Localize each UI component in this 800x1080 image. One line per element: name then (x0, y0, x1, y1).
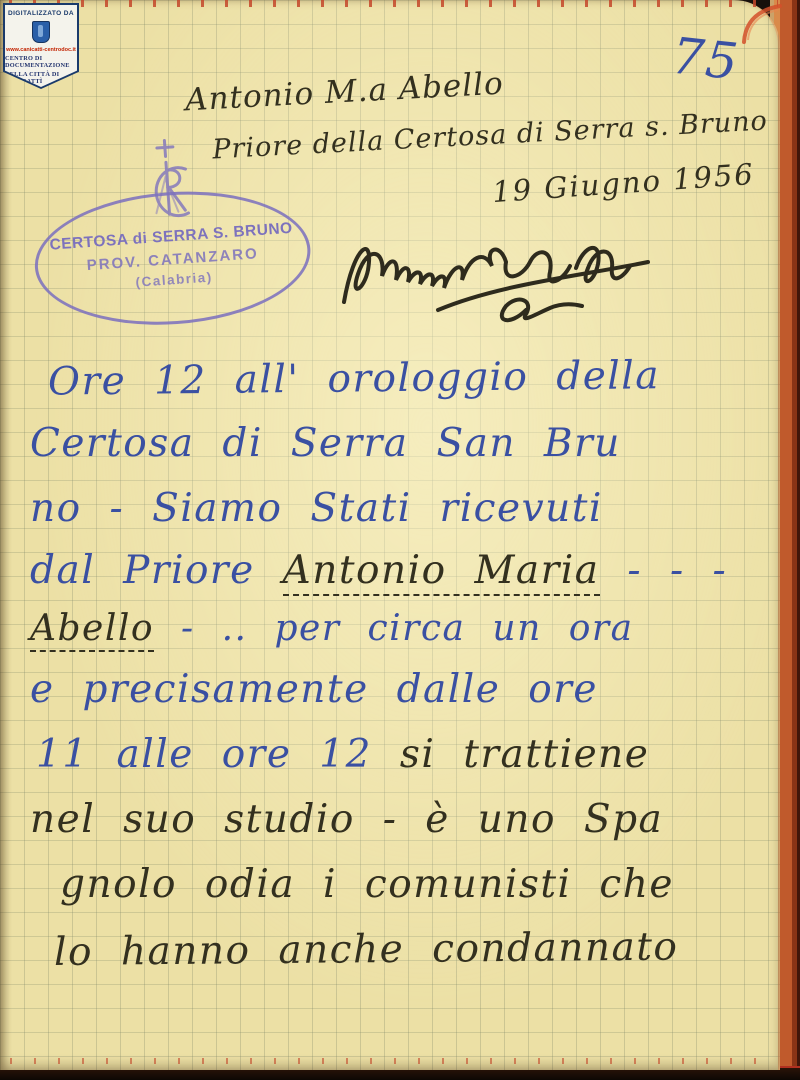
handwritten-segment: nel suo studio - è uno Spa (30, 797, 663, 842)
handwritten-line: no - Siamo Stati ricevuti (30, 476, 760, 541)
digitization-badge-inner: DIGITALIZZATO DA www.canicatti-centrodoc… (5, 5, 77, 87)
handwritten-segment: gnolo odia i comunisti che (60, 862, 674, 907)
handwritten-segment: dal Priore (30, 548, 283, 593)
handwritten-line: Abello - .. per circa un ora (30, 601, 760, 657)
red-margin-ticks-top (0, 0, 778, 7)
scanned-notebook-page: DIGITALIZZATO DA www.canicatti-centrodoc… (0, 0, 800, 1080)
handwritten-line: Certosa di Serra San Bru (30, 411, 760, 476)
page-number: 75 (670, 27, 743, 92)
handwritten-segment: 11 alle ore 12 (36, 732, 400, 777)
handwritten-segment: no - Siamo Stati ricevuti (30, 486, 603, 531)
badge-title: DIGITALIZZATO DA (8, 10, 74, 17)
digitization-badge: DIGITALIZZATO DA www.canicatti-centrodoc… (3, 3, 79, 89)
handwritten-segment: Certosa di Serra San Bru (30, 421, 621, 466)
certosa-stamp: CERTOSA di SERRA S. BRUNO PROV. CATANZAR… (29, 160, 321, 337)
cover-corner-fold (740, 2, 784, 46)
red-margin-ticks-bottom (0, 1058, 778, 1064)
badge-org-line1: CENTRO DI DOCUMENTAZIONE (5, 55, 77, 69)
handwritten-line: e precisamente dalle ore (30, 657, 760, 722)
handwritten-line: gnolo odia i comunisti che (30, 852, 760, 917)
handwritten-segment: Abello (30, 608, 154, 652)
body-text: Ore 12 all' orologgio dellaCertosa di Se… (30, 346, 760, 982)
handwritten-line: nel suo studio - è uno Spa (30, 787, 760, 852)
handwritten-segment: - - - (600, 548, 728, 593)
handwritten-segment: - .. per circa un ora (154, 608, 634, 649)
handwritten-line: 11 alle ore 12 si trattiene (30, 722, 760, 787)
handwritten-segment: e precisamente dalle ore (30, 667, 598, 712)
shield-logo-icon (32, 21, 50, 43)
badge-url: www.canicatti-centrodoc.it (6, 47, 76, 53)
handwritten-line: dal Priore Antonio Maria - - - (30, 541, 760, 601)
handwritten-segment: si trattiene (400, 732, 650, 777)
handwritten-segment: Antonio Maria (283, 548, 600, 596)
handwritten-segment: lo hanno anche condannato (54, 925, 679, 975)
signature (330, 222, 670, 327)
handwritten-line: lo hanno anche condannato (30, 914, 761, 985)
stamp-cross-monogram-icon (129, 134, 206, 239)
handwritten-line: Ore 12 all' orologgio della (30, 342, 761, 415)
handwritten-segment: Ore 12 all' orologgio della (48, 353, 660, 404)
